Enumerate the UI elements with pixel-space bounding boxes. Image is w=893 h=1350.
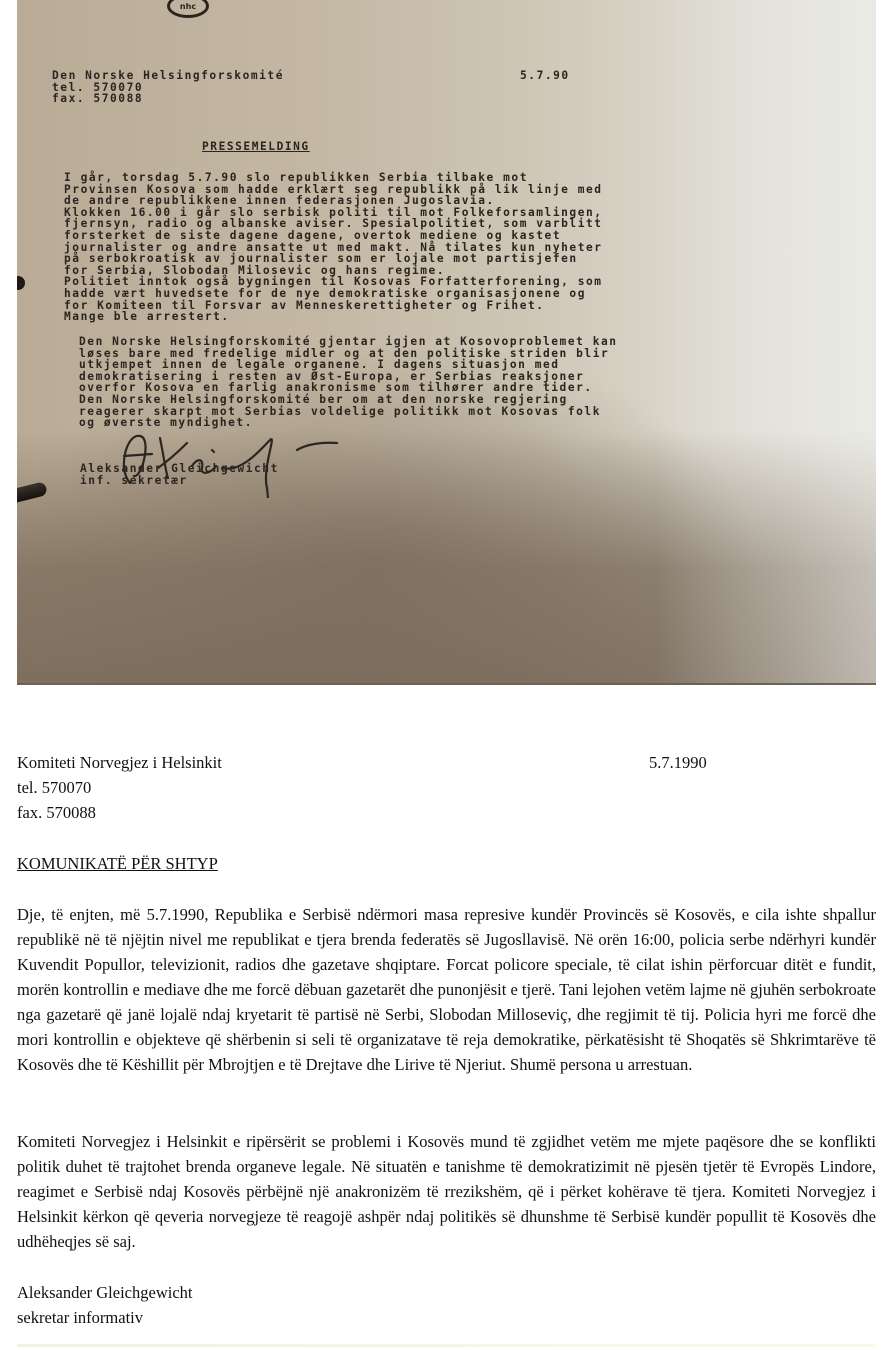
helsinki-committee-logo: nhc xyxy=(167,0,209,18)
original-paragraph-2: Den Norske Helsingforskomité gjentar igj… xyxy=(79,336,618,429)
translation-paragraph-1: Dje, të enjten, më 5.7.1990, Republika e… xyxy=(17,902,876,1077)
original-document-photo: nhc Den Norske Helsingforskomité tel. 57… xyxy=(17,0,876,685)
translation-signer-title: sekretar informativ xyxy=(17,1305,192,1330)
original-date: 5.7.90 xyxy=(520,70,570,82)
translation-title: KOMUNIKATË PËR SHTYP xyxy=(17,851,218,876)
bottom-edge xyxy=(17,1344,876,1347)
translation-paragraph-2: Komiteti Norvegjez i Helsinkit e ripërsë… xyxy=(17,1129,876,1254)
pen-tip xyxy=(17,481,48,507)
original-title: PRESSEMELDING xyxy=(202,141,310,153)
original-fax: fax. 570088 xyxy=(52,92,143,105)
original-letterhead: Den Norske Helsingforskomité tel. 570070… xyxy=(52,70,284,105)
punch-hole xyxy=(17,276,25,290)
translation-org-name: Komiteti Norvegjez i Helsinkit xyxy=(17,750,222,775)
translation-signature-block: Aleksander Gleichgewicht sekretar inform… xyxy=(17,1280,192,1330)
translation-tel: tel. 570070 xyxy=(17,775,222,800)
translation-date: 5.7.1990 xyxy=(649,750,707,775)
translation-letterhead: Komiteti Norvegjez i Helsinkit tel. 5700… xyxy=(17,750,222,825)
translation-signer-name: Aleksander Gleichgewicht xyxy=(17,1280,192,1305)
original-paragraph-1: I går, torsdag 5.7.90 slo republikken Se… xyxy=(64,172,603,323)
handwritten-signature xyxy=(112,428,372,498)
translation-fax: fax. 570088 xyxy=(17,800,222,825)
